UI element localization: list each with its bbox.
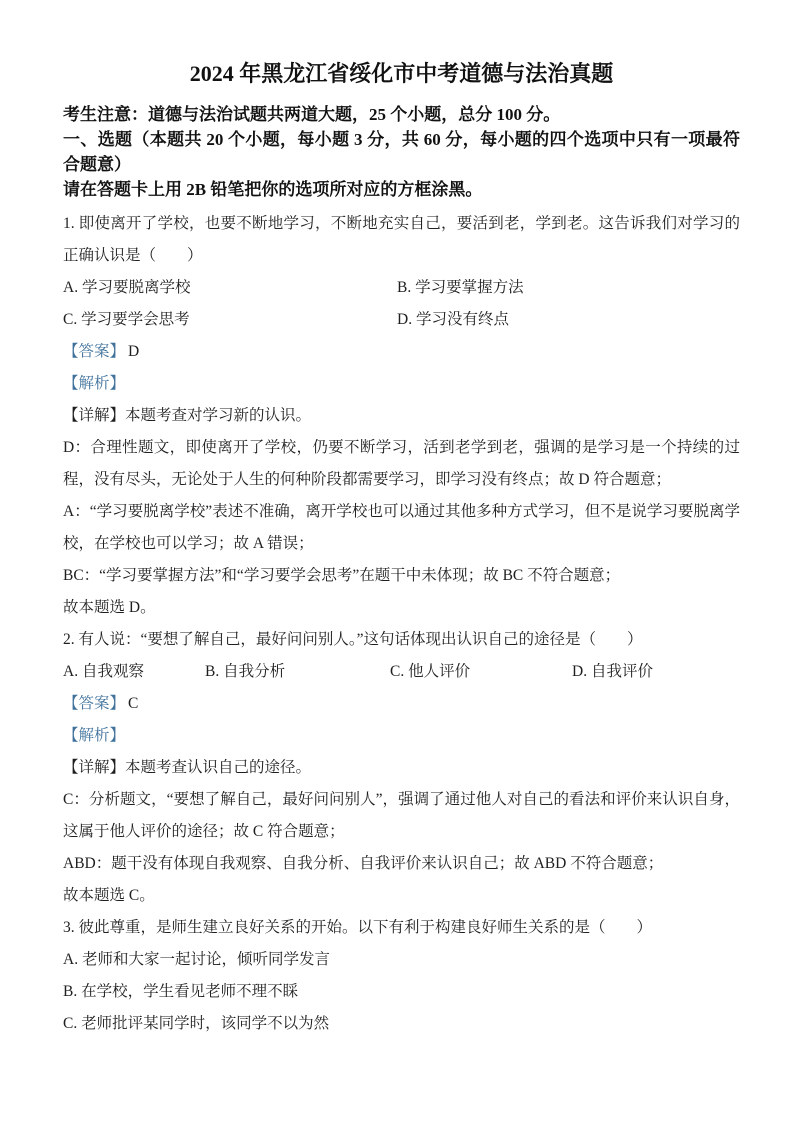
question-2-answer-line: 【答案】C: [63, 688, 740, 720]
question-2-detail-3: ABD：题干没有体现自我观察、自我分析、自我评价来认识自己；故 ABD 不符合题…: [63, 848, 740, 880]
question-1-detail-4: BC：“学习要掌握方法”和“学习要学会思考”在题干中未体现；故 BC 不符合题意…: [63, 560, 740, 592]
page-title: 2024 年黑龙江省绥化市中考道德与法治真题: [63, 58, 740, 90]
question-1-answer-value: D: [128, 343, 139, 360]
question-1-option-a: A. 学习要脱离学校: [63, 272, 397, 304]
question-3: 3. 彼此尊重，是师生建立良好关系的开始。以下有利于构建良好师生关系的是（ ） …: [63, 912, 740, 1040]
question-1-detail-3: A：“学习要脱离学校”表述不准确，离开学校也可以通过其他多种方式学习，但不是说学…: [63, 496, 740, 560]
question-2-detail-2: C：分析题文，“要想了解自己，最好问问别人”，强调了通过他人对自己的看法和评价来…: [63, 784, 740, 848]
question-2-options: A. 自我观察 B. 自我分析 C. 他人评价 D. 自我评价: [63, 656, 740, 688]
question-1-detail-1: 【详解】本题考查对学习新的认识。: [63, 400, 740, 432]
question-2-answer-value: C: [128, 695, 138, 712]
exam-document-page: 2024 年黑龙江省绥化市中考道德与法治真题 考生注意：道德与法治试题共两道大题…: [0, 0, 793, 1122]
question-2-detail-1: 【详解】本题考查认识自己的途径。: [63, 752, 740, 784]
question-2-stem: 2. 有人说：“要想了解自己，最好问问别人。”这句话体现出认识自己的途径是（ ）: [63, 624, 740, 656]
answer-label: 【答案】: [63, 695, 125, 712]
question-1-detail-5: 故本题选 D。: [63, 592, 740, 624]
question-2-analysis-label: 【解析】: [63, 720, 740, 752]
question-1-option-c: C. 学习要学会思考: [63, 304, 397, 336]
answer-label: 【答案】: [63, 343, 125, 360]
question-3-stem: 3. 彼此尊重，是师生建立良好关系的开始。以下有利于构建良好师生关系的是（ ）: [63, 912, 740, 944]
question-2-option-c: C. 他人评价: [390, 656, 572, 688]
fill-instruction: 请在答题卡上用 2B 铅笔把你的选项所对应的方框涂黑。: [63, 177, 740, 202]
question-2-option-d: D. 自我评价: [572, 656, 740, 688]
question-3-option-a: A. 老师和大家一起讨论，倾听同学发言: [63, 944, 740, 976]
question-1-option-d: D. 学习没有终点: [397, 304, 740, 336]
candidate-notice: 考生注意：道德与法治试题共两道大题，25 个小题，总分 100 分。: [63, 102, 740, 127]
question-1-option-b: B. 学习要掌握方法: [397, 272, 740, 304]
question-3-option-b: B. 在学校，学生看见老师不理不睬: [63, 976, 740, 1008]
section-heading: 一、选题（本题共 20 个小题，每小题 3 分，共 60 分，每小题的四个选项中…: [63, 127, 740, 177]
question-1-detail-2: D：合理性题文，即使离开了学校，仍要不断学习，活到老学到老，强调的是学习是一个持…: [63, 432, 740, 496]
question-1-options: A. 学习要脱离学校 B. 学习要掌握方法 C. 学习要学会思考 D. 学习没有…: [63, 272, 740, 336]
question-3-options: A. 老师和大家一起讨论，倾听同学发言 B. 在学校，学生看见老师不理不睬 C.…: [63, 944, 740, 1040]
question-2-option-b: B. 自我分析: [205, 656, 390, 688]
question-2-detail-4: 故本题选 C。: [63, 880, 740, 912]
question-1-answer-line: 【答案】D: [63, 336, 740, 368]
question-1: 1. 即使离开了学校，也要不断地学习，不断地充实自己，要活到老，学到老。这告诉我…: [63, 208, 740, 624]
question-3-option-c: C. 老师批评某同学时，该同学不以为然: [63, 1008, 740, 1040]
question-2: 2. 有人说：“要想了解自己，最好问问别人。”这句话体现出认识自己的途径是（ ）…: [63, 624, 740, 912]
question-2-option-a: A. 自我观察: [63, 656, 205, 688]
question-1-stem: 1. 即使离开了学校，也要不断地学习，不断地充实自己，要活到老，学到老。这告诉我…: [63, 208, 740, 272]
question-1-analysis-label: 【解析】: [63, 368, 740, 400]
